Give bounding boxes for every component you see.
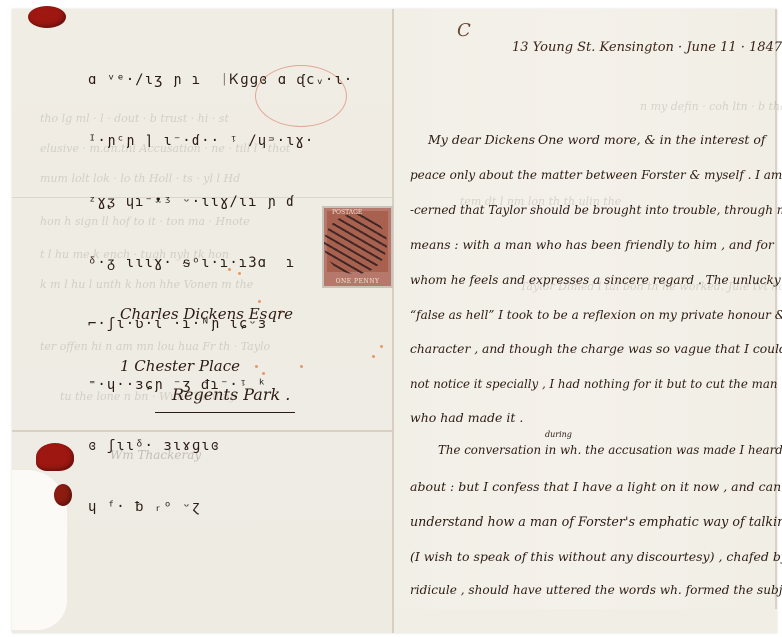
penny-red-stamp: POSTAGE ONE PENNY — [322, 206, 393, 288]
shorthand-notes: ɑ ᵛᵉ·/ɩʒ ɲ ɿ ᛁᏦɡɡɞ ɑ ᶑcᵥ·ɩ· ᴵ·ɲᶜɲ ⌉ ɩ⁻·ɗ… — [88, 30, 353, 538]
letter-line: “false as hell” I took to be a reflexion… — [410, 308, 782, 322]
letter-line: not notice it specially , I had nothing … — [410, 377, 777, 391]
letter-line: ridicule , should have uttered the words… — [410, 583, 782, 597]
shorthand-line: ᶻɣᶚ ɥɿ⁻ᵜᶾ ᵕ·ɩɩɣ/ɩɿ ɲ ɗ — [88, 192, 353, 213]
letter-line: who had made it . — [410, 410, 523, 425]
dateline: 13 Young St. Kensington · June 11 · 1847… — [512, 40, 782, 55]
shorthand-line: ɞ ʃɩɩᵟ· ɜɩɤɡɩɞ — [88, 436, 353, 457]
center-fold — [392, 9, 394, 633]
salutation: My dear Dickens — [428, 132, 535, 147]
wax-seal-fragment — [36, 443, 74, 471]
letter-line: The conversation in wh. the accusation w… — [438, 443, 782, 457]
letter-line: understand how a man of Forster's emphat… — [410, 514, 782, 529]
letter-line: means : with a man who has been friendly… — [410, 238, 774, 252]
ink-speck — [380, 345, 383, 348]
letter-line: about : but I confess that I have a ligh… — [410, 479, 781, 494]
cancellation-marks — [324, 214, 387, 274]
address-area: Regents Park . — [172, 385, 290, 404]
letter-line: One word more, & in the interest of — [538, 132, 766, 147]
recipient-name: Charles Dickens Esqre — [120, 305, 293, 323]
shorthand-line: ᴵ·ɲᶜɲ ⌉ ɩ⁻·ɗ·· ᵎ /ɥᵙ·ɩɣ· — [88, 131, 353, 152]
corner-mark: C — [457, 20, 471, 41]
show-through-text: n my defin · coh ltn · b that — [640, 100, 782, 113]
shorthand-line: ɑ ᵛᵉ·/ɩʒ ɲ ɿ ᛁᏦɡɡɞ ɑ ᶑcᵥ·ɩ· — [88, 70, 353, 91]
shorthand-line: ᵟ·ᵹ ɩɩɩɣ· ᵴᵒɩ·ɿ·ɿ3ɑ ɿ — [88, 253, 353, 274]
letter-line: peace only about the matter between Fors… — [410, 168, 782, 182]
letter-line: (I wish to speak of this without any dis… — [410, 549, 782, 564]
wax-seal-fragment — [54, 484, 72, 506]
address-underline — [155, 412, 295, 413]
stamp-value: ONE PENNY — [324, 278, 391, 285]
shorthand-line: ɥ ᶠ· ᵬ ᵣᵒ ᵕɀ — [88, 497, 353, 518]
stamp-header: POSTAGE — [332, 209, 362, 216]
letter-line: character , and though the charge was so… — [410, 342, 782, 356]
letter-line: -cerned that Taylor should be brought in… — [410, 203, 782, 217]
address-street: 1 Chester Place — [120, 357, 240, 375]
wax-seal-top — [28, 6, 66, 28]
insertion-word: during — [545, 430, 572, 439]
letter-line: whom he feels and expresses a sincere re… — [410, 273, 781, 287]
ink-speck — [372, 355, 375, 358]
